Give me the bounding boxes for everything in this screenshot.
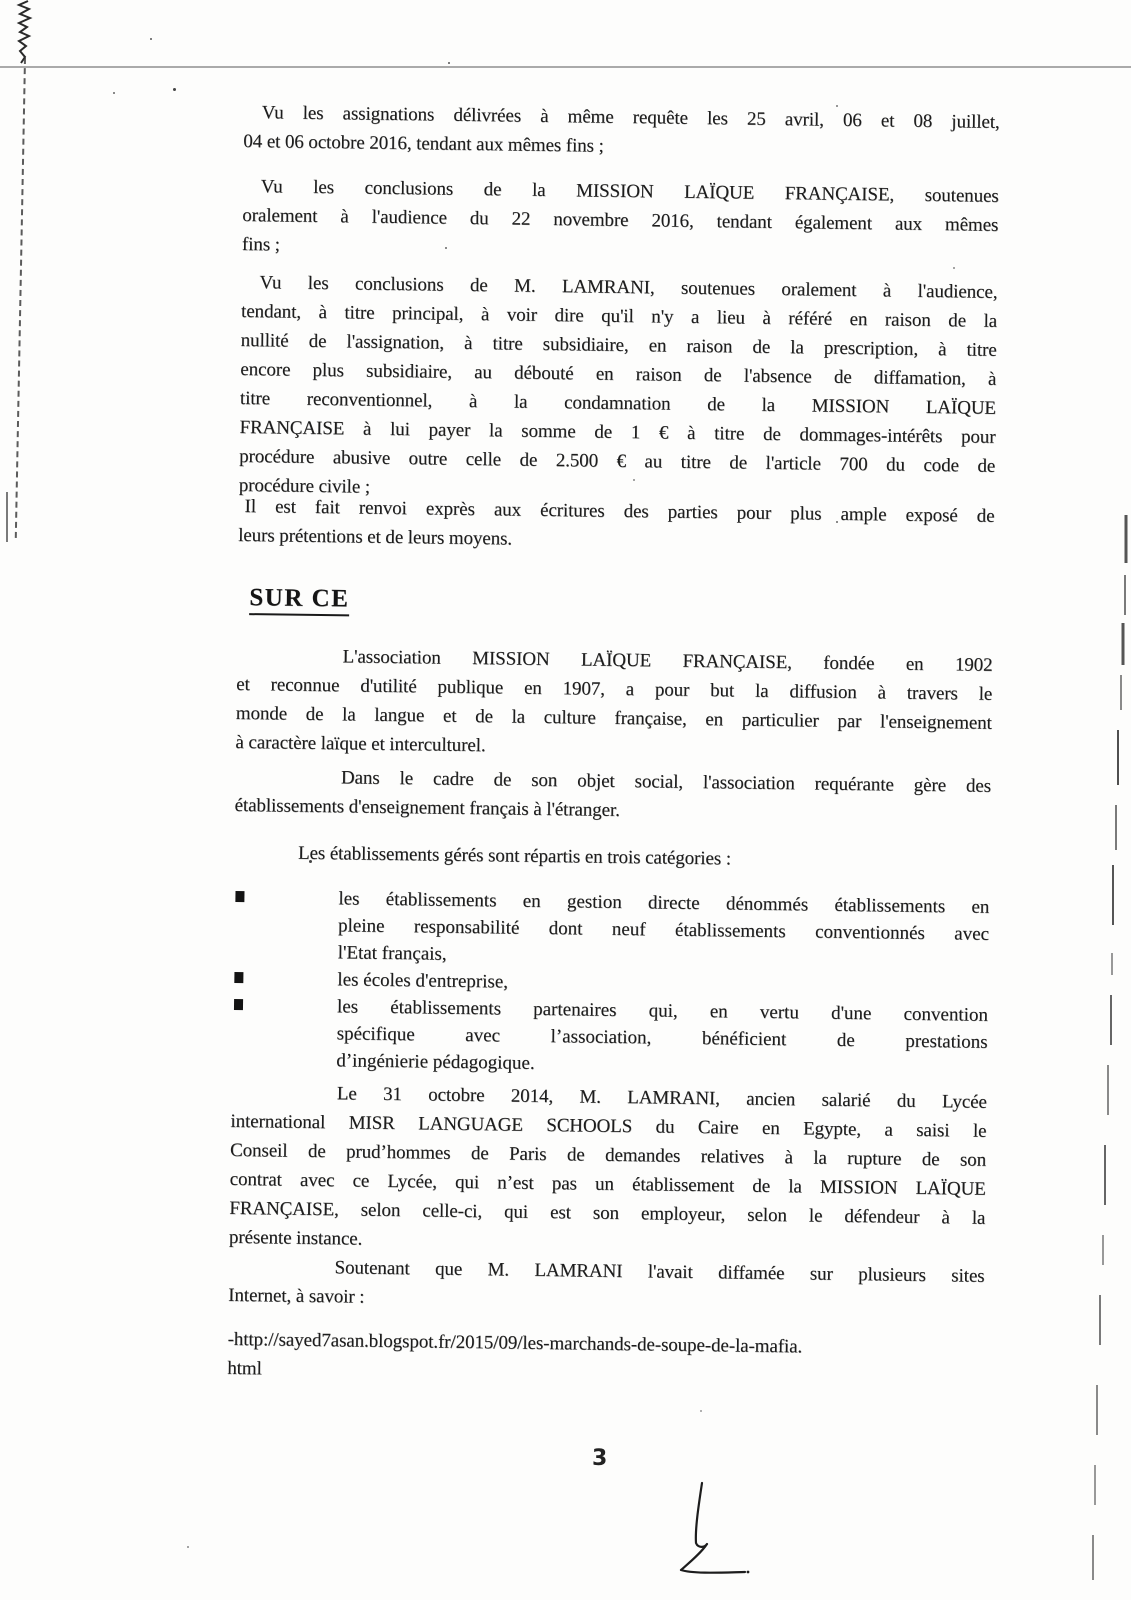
- left-edge-dashed-line-artifact: [15, 58, 26, 538]
- bullet-text-etablissements-partenaires: les établissements partenaires qui, en v…: [336, 993, 988, 1083]
- scanned-court-document-page: Vu les assignations délivrées à même req…: [0, 0, 1131, 1600]
- scan-speck: [448, 62, 450, 64]
- paragraph-vu-conclusions-mission-laique: Vu les conclusions de la MISSION LAÏQUE …: [242, 172, 999, 269]
- paragraph-association-fondee-1902: L'association MISSION LAÏQUE FRANÇAISE, …: [235, 641, 992, 767]
- square-bullet-icon: [235, 891, 244, 902]
- paragraph-vu-conclusions-lamrani: Vu les conclusions de M. LAMRANI, souten…: [239, 268, 998, 510]
- section-heading-sur-ce: SUR CE: [249, 584, 349, 616]
- handwritten-pen-mark: [655, 1458, 765, 1583]
- scan-speck: [150, 38, 152, 40]
- list-item: les établissements en gestion directe dé…: [233, 884, 990, 975]
- bullet-text-gestion-directe: les établissements en gestion directe dé…: [338, 885, 990, 975]
- right-edge-dash-artifacts: [1085, 505, 1131, 1595]
- scan-speck: [187, 1546, 189, 1548]
- scan-speck: [173, 88, 176, 91]
- left-margin-scribble-artifact: [16, 0, 36, 64]
- paragraph-blog-url: -http://sayed7asan.blogspot.fr/2015/09/l…: [227, 1325, 984, 1393]
- paragraph-31-octobre-2014: Le 31 octobre 2014, M. LAMRANI, ancien s…: [229, 1078, 987, 1262]
- section-heading-text: SUR CE: [249, 584, 349, 616]
- list-item: les établissements partenaires qui, en v…: [231, 992, 988, 1083]
- bullet-list-categories: les établissements en gestion directe dé…: [231, 884, 989, 1083]
- paragraph-trois-categories: Les établissements gérés sont répartis e…: [234, 838, 990, 877]
- scan-speck: [113, 92, 115, 94]
- square-bullet-icon: [234, 972, 243, 983]
- left-edge-tick-artifact: [6, 492, 8, 542]
- document-text-column: Vu les assignations délivrées à même req…: [225, 90, 1000, 1530]
- horizontal-scan-line-artifact: [0, 66, 1131, 68]
- paragraph-renvoi-ecritures: Il est fait renvoi exprès aux écritures …: [238, 492, 995, 560]
- text-line: Les établissements gérés sont répartis e…: [234, 838, 990, 877]
- page-number: 3: [592, 1446, 607, 1471]
- paragraph-vu-assignations: Vu les assignations délivrées à même req…: [243, 98, 1000, 166]
- paragraph-soutenant-diffamation: Soutenant que M. LAMRANI l'avait diffamé…: [228, 1252, 985, 1320]
- paragraph-objet-social: Dans le cadre de son objet social, l'ass…: [234, 762, 991, 830]
- square-bullet-icon: [234, 999, 243, 1010]
